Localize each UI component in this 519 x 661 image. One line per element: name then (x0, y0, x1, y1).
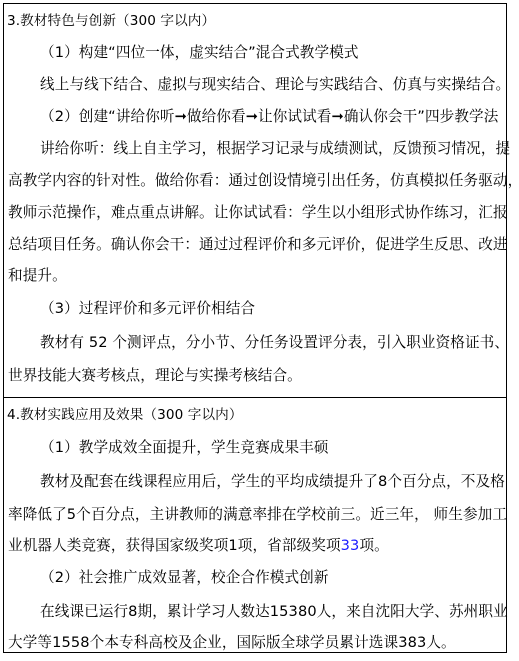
section-4-paragraph-line: 在线课已运行8期，累计学习人数达15380人，来自沈阳大学、苏州职业 (40, 602, 508, 622)
highlighted-number: 33 (341, 537, 360, 554)
section-3-paragraph-line: 高教学内容的针对性。做给你看：通过创设情境引出任务，仿真模拟任务驱动， (8, 171, 519, 191)
section-4-paragraph-line: 教材及配套在线课程应用后，学生的平均成绩提升了8个百分点，不及格 (40, 472, 505, 492)
section-3-title: 3.教材特色与创新（300 字以内） (7, 11, 215, 31)
section-4-paragraph-line: 大学等1558个本专科高校及企业，国际版全球学员累计选课383人。 (8, 633, 456, 653)
section-3-subheading-2: （2）创建“讲给你听➞做给你看➞让你试试看➞确认你会干”四步教学法 (40, 107, 498, 127)
section-3-paragraph-line: 线上与线下结合、虚拟与现实结合、理论与实践结合、仿真与实操结合。 (40, 75, 510, 95)
section-3-subheading-3: （3）过程评价和多元评价相结合 (40, 299, 255, 319)
section-3-paragraph-line: 世界技能大赛考核点，理论与实操考核结合。 (8, 366, 302, 386)
line-text-after: 项。 (359, 537, 388, 554)
section-3-cell: 3.教材特色与创新（300 字以内） （1）构建“四位一体，虚实结合”混合式教学… (4, 4, 506, 398)
section-3-paragraph-line: 总结项目任务。确认你会干：通过过程评价和多元评价，促进学生反思、改进 (8, 235, 508, 255)
section-3-paragraph-line: 教师示范操作，难点重点讲解。让你试试看：学生以小组形式协作练习，汇报 (8, 203, 508, 223)
section-4-cell: 4.教材实践应用及效果（300 字以内） （1）教学成效全面提升，学生竞赛成果丰… (4, 398, 506, 652)
section-4-subheading-2: （2）社会推广成效显著，校企合作模式创新 (40, 568, 329, 588)
document-table: 3.教材特色与创新（300 字以内） （1）构建“四位一体，虚实结合”混合式教学… (3, 3, 507, 653)
section-4-title: 4.教材实践应用及效果（300 字以内） (7, 405, 243, 425)
section-4-paragraph-line: 率降低了5个百分点，主讲教师的满意率排在学校前三。近三年， 师生参加工 (8, 505, 507, 525)
section-3-paragraph-line: 和提升。 (8, 266, 67, 286)
section-4-subheading-1: （1）教学成效全面提升，学生竞赛成果丰硕 (40, 438, 329, 458)
line-text-before: 业机器人类竞赛，获得国家级奖项1项，省部级奖项 (8, 537, 341, 554)
section-3-paragraph-line: 讲给你听：线上自主学习，根据学习记录与成绩测试，反馈预习情况，提 (40, 139, 510, 159)
section-3-paragraph-line: 教材有 52 个测评点，分小节、分任务设置评分表，引入职业资格证书、 (40, 333, 509, 353)
section-3-subheading-1: （1）构建“四位一体，虚实结合”混合式教学模式 (40, 43, 359, 63)
section-4-paragraph-line-with-highlight: 业机器人类竞赛，获得国家级奖项1项，省部级奖项33项。 (8, 536, 389, 556)
